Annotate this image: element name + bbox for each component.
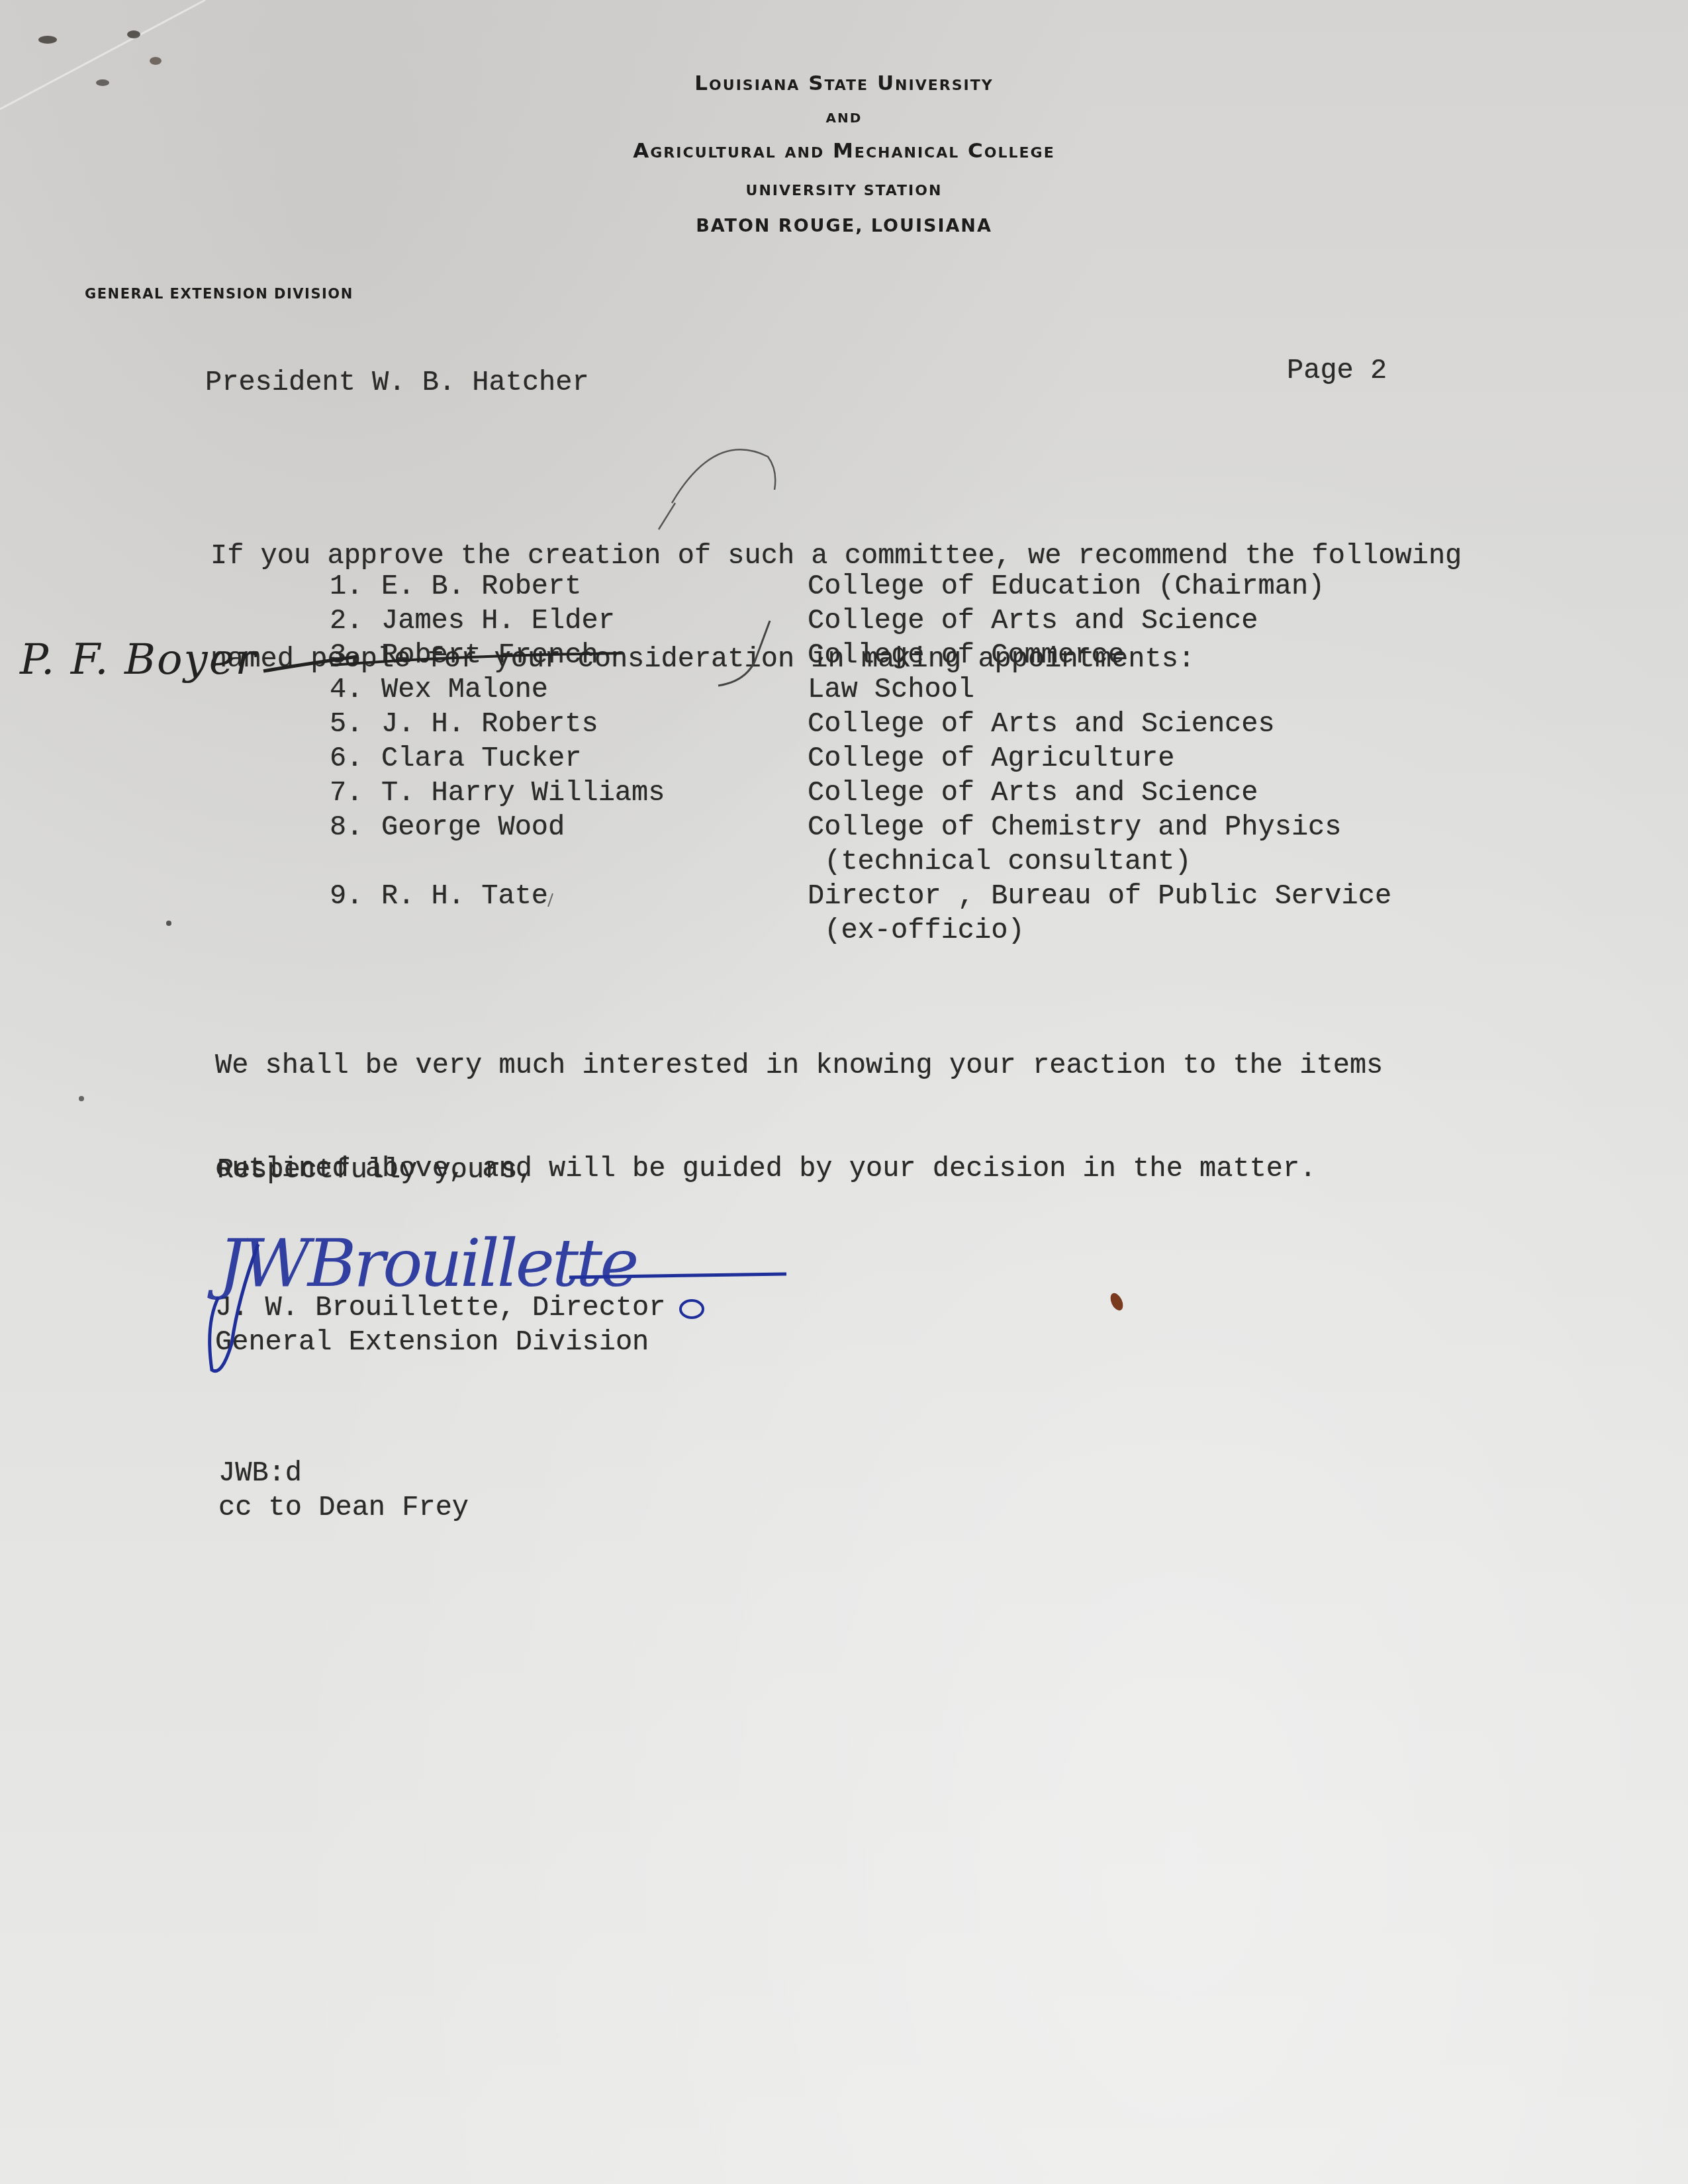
nominee-name: James H. Elder — [381, 604, 615, 638]
handwritten-replacement: P. F. Boyer — [20, 635, 257, 684]
nominee-affiliation: College of Arts and Sciences — [808, 707, 1275, 741]
nominee-number: 5. — [330, 707, 363, 741]
nominee-affiliation: College of Education (Chairman) — [808, 569, 1325, 604]
letterhead-university: Louisiana State University — [0, 71, 1688, 95]
closing-line: We shall be very much interested in know… — [215, 1048, 1383, 1083]
carbon-copy: cc to Dean Frey — [218, 1490, 469, 1525]
nominee-affiliation: College of Chemistry and Physics — [808, 810, 1342, 844]
nominee-affiliation: College of Commerce — [808, 638, 1125, 672]
nominee-number: 3. — [330, 638, 363, 672]
letterhead-and: AND — [0, 110, 1688, 126]
nominee-name: T. Harry Williams — [381, 776, 665, 810]
reference-initials: JWB:d — [218, 1456, 302, 1490]
nominee-number: 1. — [330, 569, 363, 604]
nominee-name: Wex Malone — [381, 672, 548, 707]
intro-line: If you approve the creation of such a co… — [211, 539, 1462, 573]
nominee-number: 9. — [330, 879, 363, 913]
letterhead-city: BATON ROUGE, LOUISIANA — [0, 216, 1688, 236]
letterhead-division: GENERAL EXTENSION DIVISION — [85, 286, 353, 302]
nominee-number: 2. — [330, 604, 363, 638]
nominee-affiliation: College of Arts and Science — [808, 604, 1258, 638]
letterhead-college: Agricultural and Mechanical College — [0, 139, 1688, 163]
nominee-name: J. H. Roberts — [381, 707, 598, 741]
nominee-number: 4. — [330, 672, 363, 707]
handwritten-signature: JWBrouillette — [218, 1224, 636, 1302]
nominee-name: R. H. Tate — [381, 879, 548, 913]
nominee-affiliation: (technical consultant) — [808, 844, 1192, 879]
nominee-name-struck: Robert French — [381, 638, 598, 672]
complimentary-close: Respectfully yours, — [217, 1153, 534, 1187]
nominee-number: 7. — [330, 776, 363, 810]
nominee-number: 8. — [330, 810, 363, 844]
addressee: President W. B. Hatcher — [205, 365, 589, 400]
nominee-affiliation: College of Agriculture — [808, 741, 1175, 776]
nominee-name: Clara Tucker — [381, 741, 581, 776]
nominee-affiliation: College of Arts and Science — [808, 776, 1258, 810]
letterhead-station: UNIVERSITY STATION — [0, 183, 1688, 199]
nominee-name: E. B. Robert — [381, 569, 581, 604]
page-number: Page 2 — [1287, 353, 1387, 388]
nominee-affiliation: Director , Bureau of Public Service — [808, 879, 1391, 913]
nominee-number: 6. — [330, 741, 363, 776]
nominee-name: George Wood — [381, 810, 565, 844]
nominee-affiliation: (ex-officio) — [808, 913, 1025, 948]
signatory-division: General Extension Division — [215, 1325, 649, 1359]
nominee-affiliation: Law School — [808, 672, 974, 707]
